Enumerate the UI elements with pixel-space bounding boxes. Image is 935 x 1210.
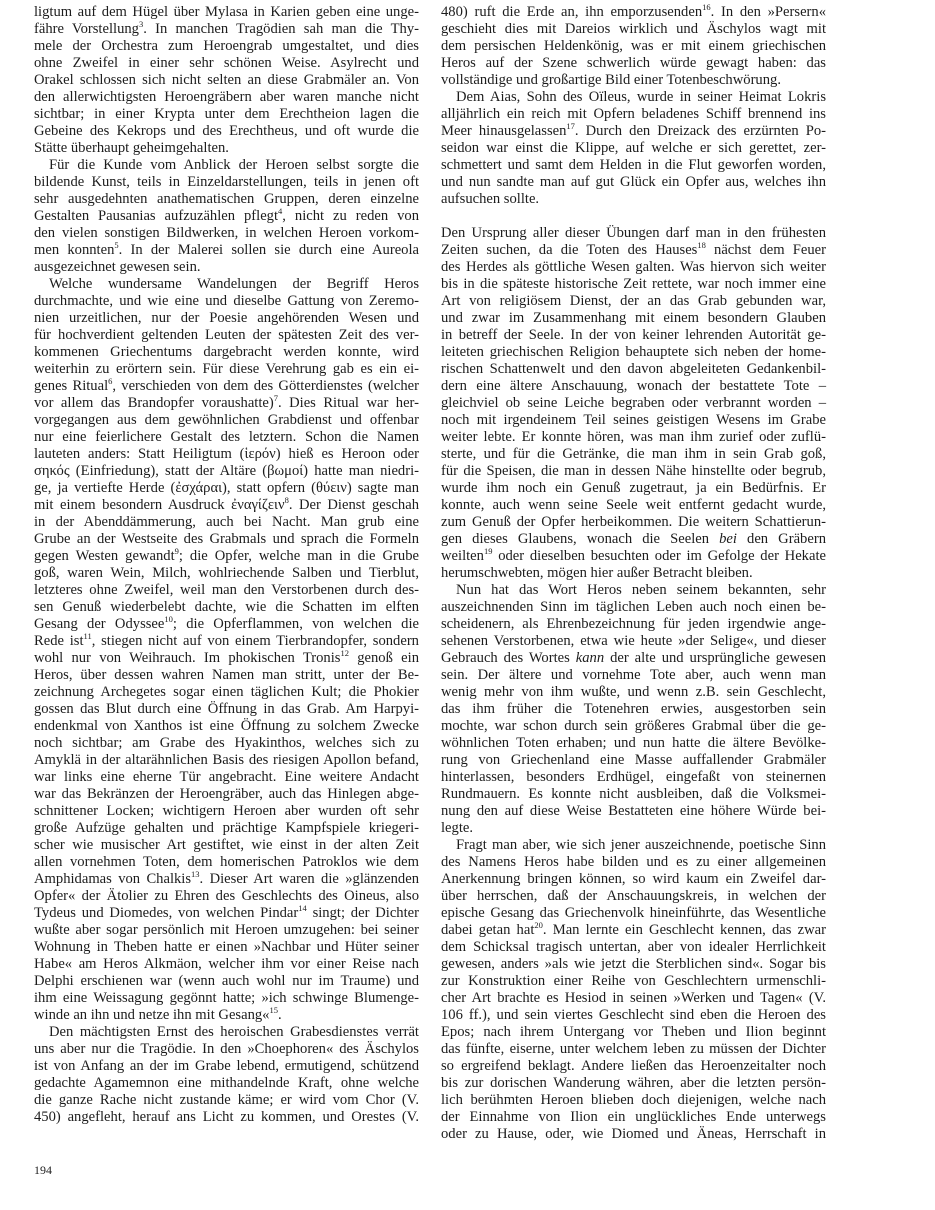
text-line: fähre Vorstellung3. In manchen Tragödien… <box>34 21 419 38</box>
text-line: Grube an der Westseite des Grabmals und … <box>34 531 419 548</box>
footnote-marker: 14 <box>298 903 307 913</box>
footnote-marker: 10 <box>164 614 173 624</box>
text-line: sterte, und für die Getränke, die man ih… <box>441 446 826 463</box>
text-line: Welche wundersame Wandelungen der Begrif… <box>34 276 419 293</box>
text-line: Amphidamas von Chalkis13. Dieser Art war… <box>34 871 419 888</box>
text-line: Rundmauern. Es konnte nicht ausbleiben, … <box>441 786 826 803</box>
text-line: des Herdes als göttliche Wesen galten. W… <box>441 259 826 276</box>
text-line: Heros, über dessen wahren Namen man stri… <box>34 667 419 684</box>
footnote-marker: 20 <box>534 920 543 930</box>
text-line: bis zur dorischen Wanderung währen, aber… <box>441 1075 826 1092</box>
text-line: allen vornehmen Toten, dem homerischen P… <box>34 854 419 871</box>
emphasis: bei <box>719 531 737 547</box>
text-line: Amyklä in der altarähnlichen Basis des r… <box>34 752 419 769</box>
text-line: in betreff der Seele. In der von keiner … <box>441 327 826 344</box>
text-line: Stätte überhaupt geheimgehalten. <box>34 140 419 157</box>
book-page: ligtum auf dem Hügel über Mylasa in Kari… <box>0 0 935 1210</box>
text-line: ausgezeichnet gewesen sein. <box>34 259 419 276</box>
text-line: Art von religiösem Dienst, der an das Gr… <box>441 293 826 310</box>
text-line: ligtum auf dem Hügel über Mylasa in Kari… <box>34 4 419 21</box>
emphasis: kann <box>576 650 604 666</box>
text-line: zum Genuß der Opfer herbeikommen. Die we… <box>441 514 826 531</box>
text-line: mit einem besondern Ausdruck ἐναγίζειν8.… <box>34 497 419 514</box>
text-line: die ganze Rache nicht zustande käme; er … <box>34 1092 419 1109</box>
text-line: Fragt man aber, wie sich jener auszeichn… <box>441 837 826 854</box>
text-line: Wohnung in Theben hatte er einen »Nachba… <box>34 939 419 956</box>
text-line: Tydeus und Diomedes, von welchen Pindar1… <box>34 905 419 922</box>
text-line: bis in die späteste historische Zeit ret… <box>441 276 826 293</box>
text-line: so ergreifend beklagt. Andere ließen das… <box>441 1058 826 1075</box>
text-line: kommenen Griechentums dargebracht werden… <box>34 344 419 361</box>
text-line: in der Abenddämmerung, auch bei Nacht. M… <box>34 514 419 531</box>
text-line: vollständige und großartige Bild einer T… <box>441 72 826 89</box>
text-line: Gebrauch des Wortes kann der alte und ur… <box>441 650 826 667</box>
text-line: den vielen sonstigen Bildwerken, in welc… <box>34 225 419 242</box>
text-line: gossen das Blut durch eine Öffnung in da… <box>34 701 419 718</box>
text-line: wöhnlichen Toten erhaben; und nun hatte … <box>441 735 826 752</box>
text-line: gegen Westen gewandt9; die Opfer, welche… <box>34 548 419 565</box>
footnote-marker: 13 <box>191 869 200 879</box>
text-line: weiterhin zu erörtern sein. Für diese Ve… <box>34 361 419 378</box>
text-line: nung den auf diese Weise Bestatteten ein… <box>441 803 826 820</box>
text-line: Rede ist11, stiegen nicht auf von einem … <box>34 633 419 650</box>
footnote-marker: 3 <box>139 19 143 29</box>
text-line: dabei getan hat20. Man lernte ein Geschl… <box>441 922 826 939</box>
text-line: vor allem das Brandopfer voraushatte)7. … <box>34 395 419 412</box>
text-line: Anerkennung bringen können, so wird kaum… <box>441 871 826 888</box>
text-line: rischen Schattenwelt und den davon abgel… <box>441 361 826 378</box>
text-line: hinterlassen, besonders Erdhügel, eingef… <box>441 769 826 786</box>
text-line: gen dieses Glaubens, wonach die Seelen b… <box>441 531 826 548</box>
text-line: winde an ihn und netze ihn mit Gesang«15… <box>34 1007 419 1024</box>
text-line: sen Genuß wiederbelebt dachte, wie die S… <box>34 599 419 616</box>
text-line: men konnten5. In der Malerei sollen sie … <box>34 242 419 259</box>
text-line: noch mit irgendeinem Teil seines geistig… <box>441 412 826 429</box>
text-line: noch sichtbar; am Grabe des Hyakinthos, … <box>34 735 419 752</box>
section-gap <box>441 208 826 225</box>
text-line: herumschwebten, mögen hier außer Betrach… <box>441 565 826 582</box>
text-line: oder zu Hause, oder, wie Diomed und Änea… <box>441 1126 826 1143</box>
text-line: mele der Orchestra zum Heroengrab umgest… <box>34 38 419 55</box>
text-line: 480) ruft die Erde an, ihn emporzusenden… <box>441 4 826 21</box>
text-line: sehenen Verstorbenen, etwa wie heute »de… <box>441 633 826 650</box>
text-line: cher Art brachte es Hesiod in seinen »We… <box>441 990 826 1007</box>
text-line: rung von Griechenland eine Masse auffall… <box>441 752 826 769</box>
text-line: σηκός (Einfriedung), statt der Altäre (β… <box>34 463 419 480</box>
text-line: schnittener Locken; wichtigern Heroen ab… <box>34 803 419 820</box>
text-line: wohl nur von Weihrauch. Im phokischen Tr… <box>34 650 419 667</box>
text-line: epische Gesang das Griechenvolk hineinfü… <box>441 905 826 922</box>
text-line: Gebeine des Kekrops und des Erechtheus, … <box>34 123 419 140</box>
text-line: alljährlich ein reich mit Opfern beladen… <box>441 106 826 123</box>
text-line: Opfer« der Ätolier zu Ehren des Geschlec… <box>34 888 419 905</box>
text-line: war das Bekränzen der Heroengräber, auch… <box>34 786 419 803</box>
text-line: mochte, war schon durch sein größeres Gr… <box>441 718 826 735</box>
text-line: sehr ausgedehnten anathematischen Gruppe… <box>34 191 419 208</box>
text-line: uns aber nur die Tragödie. In den »Choep… <box>34 1041 419 1058</box>
text-line: Den Ursprung aller dieser Übungen darf m… <box>441 225 826 242</box>
text-line: 450) angefleht, herauf ans Licht zu komm… <box>34 1109 419 1126</box>
text-line: wurde ihm noch ein Genuß zugetraut, ja e… <box>441 480 826 497</box>
footnote-marker: 11 <box>84 631 92 641</box>
right-text-column: 480) ruft die Erde an, ihn emporzusenden… <box>441 4 826 1143</box>
text-line: gleichviel ob seine Leiche begraben oder… <box>441 395 826 412</box>
page-number: 194 <box>34 1163 52 1178</box>
text-line: für hochverdient geltenden Leuten der sp… <box>34 327 419 344</box>
text-line: auszeichnenden Sinn im täglichen Leben a… <box>441 599 826 616</box>
text-line: scher wie musischer Art gestiftet, wie e… <box>34 837 419 854</box>
footnote-marker: 16 <box>702 2 711 12</box>
text-line: zeichnung Archegetes sogar einen täglich… <box>34 684 419 701</box>
text-line: Meer hinausgelassen17. Durch den Dreizac… <box>441 123 826 140</box>
text-line: Epos; nach ihrem Untergang vor Theben un… <box>441 1024 826 1041</box>
text-line: dem persischen Heldenkönig, was er mit e… <box>441 38 826 55</box>
footnote-marker: 4 <box>278 206 282 216</box>
text-line: schmettert und samt dem Helden in die Fl… <box>441 157 826 174</box>
text-line: wenig mehr von ihm wußte, und wenn z.B. … <box>441 684 826 701</box>
text-line: legte. <box>441 820 826 837</box>
text-line: bildende Kunst, teils in Einzeldarstellu… <box>34 174 419 191</box>
text-line: 106 ff.), und sein viertes Geschlecht si… <box>441 1007 826 1024</box>
text-line: das ihm früher die Totenehren erwies, au… <box>441 701 826 718</box>
text-line: Den mächtigsten Ernst des heroischen Gra… <box>34 1024 419 1041</box>
text-line: geschieht dies mit Dareios wirklich und … <box>441 21 826 38</box>
text-line: aufsuchen sollte. <box>441 191 826 208</box>
text-line: Nun hat das Wort Heros neben seinem beka… <box>441 582 826 599</box>
text-line: Zeiten suchen, da die Toten des Hauses18… <box>441 242 826 259</box>
text-line: das fünfte, eiserne, unter welchem leben… <box>441 1041 826 1058</box>
left-text-column: ligtum auf dem Hügel über Mylasa in Kari… <box>34 4 419 1126</box>
text-line: ist von Anfang an der im Grabe lebend, e… <box>34 1058 419 1075</box>
text-line: war links eine eherne Tür angebracht. Ei… <box>34 769 419 786</box>
footnote-marker: 17 <box>566 121 575 131</box>
text-line: gedachte Agamemnon eine mithandelnde Kra… <box>34 1075 419 1092</box>
footnote-marker: 15 <box>269 1005 278 1015</box>
text-line: sein. Der ältere und vornehme Tote aber,… <box>441 667 826 684</box>
text-line: nur eine feierlichere Gestalt des letzte… <box>34 429 419 446</box>
text-line: Heros auf der Szene schwerlich würde gew… <box>441 55 826 72</box>
text-line: für die Speisen, die man in dessen Nähe … <box>441 463 826 480</box>
footnote-marker: 8 <box>285 495 289 505</box>
text-line: des Namens Heros habe bilden und es zu e… <box>441 854 826 871</box>
text-line: und zwar im Zusammenhang mit einem beson… <box>441 310 826 327</box>
text-line: der Einnahme von Ilion ein unglückliches… <box>441 1109 826 1126</box>
footnote-marker: 19 <box>484 546 493 556</box>
footnote-marker: 5 <box>114 240 118 250</box>
text-line: große Aufzüge gehalten und prächtige Kam… <box>34 820 419 837</box>
text-line: Dem Aias, Sohn des Oïleus, wurde in sein… <box>441 89 826 106</box>
text-line: Gestalten Pausanias aufzuzählen pflegt4,… <box>34 208 419 225</box>
text-line: ge, ja vertiefte Herde (ἐσχάραι), statt … <box>34 480 419 497</box>
text-line: seidon war einst die Klippe, auf welche … <box>441 140 826 157</box>
text-line: gewesen, anders »als wie jetzt die Sterb… <box>441 956 826 973</box>
text-line: durchmachte, und wie eine und dieselbe G… <box>34 293 419 310</box>
text-line: zur Konstruktion einer Reihe von Geschle… <box>441 973 826 990</box>
text-line: weiter lebte. Er konnte hören, was man i… <box>441 429 826 446</box>
text-line: lauteten anders: Statt Heiligtum (ἱερόν)… <box>34 446 419 463</box>
text-line: lich berühmten Heroen blieben doch dieje… <box>441 1092 826 1109</box>
text-line: über herrschen, daß der Anschauungskreis… <box>441 888 826 905</box>
text-line: nien urzeitlichen, nur der Poesie angehö… <box>34 310 419 327</box>
text-line: Für die Kunde vom Anblick der Heroen sel… <box>34 157 419 174</box>
text-line: wußte aber sogar persönlich mit Heroen u… <box>34 922 419 939</box>
footnote-marker: 6 <box>108 376 112 386</box>
footnote-marker: 7 <box>274 393 278 403</box>
text-line: den allerwichtigsten Heroengräbern aber … <box>34 89 419 106</box>
text-line: vorgegangen aus dem gewöhnlichen Grabdie… <box>34 412 419 429</box>
text-line: Orakel schlossen sich nicht selten an di… <box>34 72 419 89</box>
footnote-marker: 18 <box>697 240 706 250</box>
text-line: goß, waren Wein, Milch, wohlriechende Sa… <box>34 565 419 582</box>
text-line: konnte, auch wenn seine Seele weit entfe… <box>441 497 826 514</box>
text-line: und nun sandte man auf gut Glück ein Opf… <box>441 174 826 191</box>
footnote-marker: 12 <box>340 648 349 658</box>
footnote-marker: 9 <box>175 546 179 556</box>
text-line: ihm eine Weissagung gegönnt hatte; »ich … <box>34 990 419 1007</box>
text-line: Delphi erschienen war (wenn auch wohl nu… <box>34 973 419 990</box>
text-line: dem Schicksal tragisch untertan, aber vo… <box>441 939 826 956</box>
text-line: sichtbar; in einer Krypta unter dem Erec… <box>34 106 419 123</box>
text-line: ohne Zweifel in einer sehr schönen Weise… <box>34 55 419 72</box>
text-line: endenkmal von Xanthos ist eine Öffnung z… <box>34 718 419 735</box>
text-line: Habe« am Heros Alkmäon, welcher ihm vor … <box>34 956 419 973</box>
text-line: weilten19 oder dieselben besuchten oder … <box>441 548 826 565</box>
text-line: leiteten griechischen Religion behauptet… <box>441 344 826 361</box>
text-line: letzteres ohne Zweifel, weil man den Ver… <box>34 582 419 599</box>
text-line: scheidenern, als Ehrenbezeichnung für je… <box>441 616 826 633</box>
text-line: genes Ritual6, verschieden von dem des G… <box>34 378 419 395</box>
text-line: dern eine ältere Anschauung, wonach der … <box>441 378 826 395</box>
